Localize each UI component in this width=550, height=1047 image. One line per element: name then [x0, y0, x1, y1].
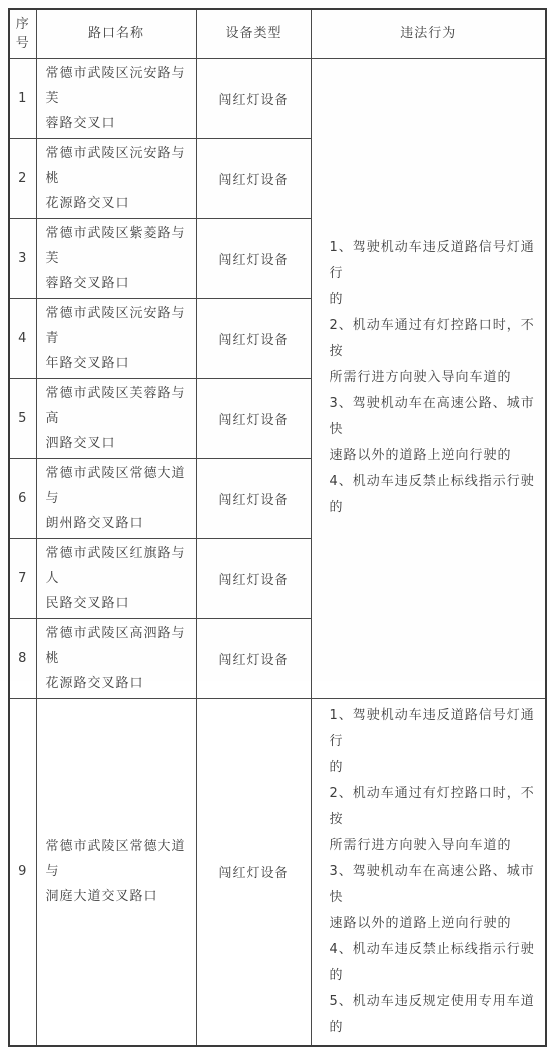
- row-number-cell: 9: [9, 698, 36, 1046]
- device-type-cell: 闯红灯设备: [196, 138, 311, 218]
- header-device-type: 设备类型: [196, 9, 311, 58]
- table-row: 1 常德市武陵区沅安路与芙 蓉路交叉口 闯红灯设备 1、驾驶机动车违反道路信号灯…: [9, 58, 546, 138]
- violation-item: 4、机动车违反禁止标线指示行驶的: [330, 937, 542, 989]
- violation-device-table: 序 号 路口名称 设备类型 违法行为 1 常德市武陵区沅安路与芙 蓉路交叉口 闯…: [8, 8, 547, 1047]
- violation-item: 1、驾驶机动车违反道路信号灯通行 的: [330, 703, 542, 781]
- intersection-name-cell: 常德市武陵区沅安路与青 年路交叉路口: [36, 298, 196, 378]
- device-type-cell: 闯红灯设备: [196, 698, 311, 1046]
- intersection-name-cell: 常德市武陵区高泗路与桃 花源路交叉路口: [36, 618, 196, 698]
- row-number-cell: 7: [9, 538, 36, 618]
- row-number-cell: 3: [9, 218, 36, 298]
- document-page: 序 号 路口名称 设备类型 违法行为 1 常德市武陵区沅安路与芙 蓉路交叉口 闯…: [0, 0, 550, 681]
- device-type-cell: 闯红灯设备: [196, 298, 311, 378]
- device-type-cell: 闯红灯设备: [196, 458, 311, 538]
- device-type-cell: 闯红灯设备: [196, 538, 311, 618]
- violation-list-cell-row-9: 1、驾驶机动车违反道路信号灯通行 的 2、机动车通过有灯控路口时，不按 所需行进…: [311, 698, 546, 1046]
- violation-item: 5、机动车违反规定使用专用车道的: [330, 989, 542, 1041]
- violation-list-cell-rows-1-8: 1、驾驶机动车违反道路信号灯通行 的 2、机动车通过有灯控路口时，不按 所需行进…: [311, 58, 546, 698]
- violation-item: 2、机动车通过有灯控路口时，不按 所需行进方向驶入导向车道的: [330, 781, 542, 859]
- violation-item: 3、驾驶机动车在高速公路、城市快 速路以外的道路上逆向行驶的: [330, 391, 542, 469]
- intersection-name-cell: 常德市武陵区沅安路与芙 蓉路交叉口: [36, 58, 196, 138]
- header-no: 序 号: [9, 9, 36, 58]
- row-number-cell: 6: [9, 458, 36, 538]
- intersection-name-cell: 常德市武陵区沅安路与桃 花源路交叉口: [36, 138, 196, 218]
- device-type-cell: 闯红灯设备: [196, 58, 311, 138]
- row-number-cell: 8: [9, 618, 36, 698]
- header-row: 序 号 路口名称 设备类型 违法行为: [9, 9, 546, 58]
- intersection-name-cell: 常德市武陵区常德大道与 朗州路交叉路口: [36, 458, 196, 538]
- intersection-name-cell: 常德市武陵区常德大道与 洞庭大道交叉路口: [36, 698, 196, 1046]
- violation-item: 2、机动车通过有灯控路口时，不按 所需行进方向驶入导向车道的: [330, 313, 542, 391]
- row-number-cell: 1: [9, 58, 36, 138]
- violation-item: 1、驾驶机动车违反道路信号灯通行 的: [330, 235, 542, 313]
- device-type-cell: 闯红灯设备: [196, 218, 311, 298]
- device-type-cell: 闯红灯设备: [196, 618, 311, 698]
- violation-item: 3、驾驶机动车在高速公路、城市快 速路以外的道路上逆向行驶的: [330, 859, 542, 937]
- violation-item: 4、机动车违反禁止标线指示行驶的: [330, 469, 542, 521]
- table-row: 9 常德市武陵区常德大道与 洞庭大道交叉路口 闯红灯设备 1、驾驶机动车违反道路…: [9, 698, 546, 1046]
- intersection-name-cell: 常德市武陵区芙蓉路与高 泗路交叉口: [36, 378, 196, 458]
- device-type-cell: 闯红灯设备: [196, 378, 311, 458]
- intersection-name-cell: 常德市武陵区紫菱路与芙 蓉路交叉路口: [36, 218, 196, 298]
- row-number-cell: 5: [9, 378, 36, 458]
- row-number-cell: 4: [9, 298, 36, 378]
- row-number-cell: 2: [9, 138, 36, 218]
- header-violation: 违法行为: [311, 9, 546, 58]
- header-intersection-name: 路口名称: [36, 9, 196, 58]
- intersection-name-cell: 常德市武陵区红旗路与人 民路交叉路口: [36, 538, 196, 618]
